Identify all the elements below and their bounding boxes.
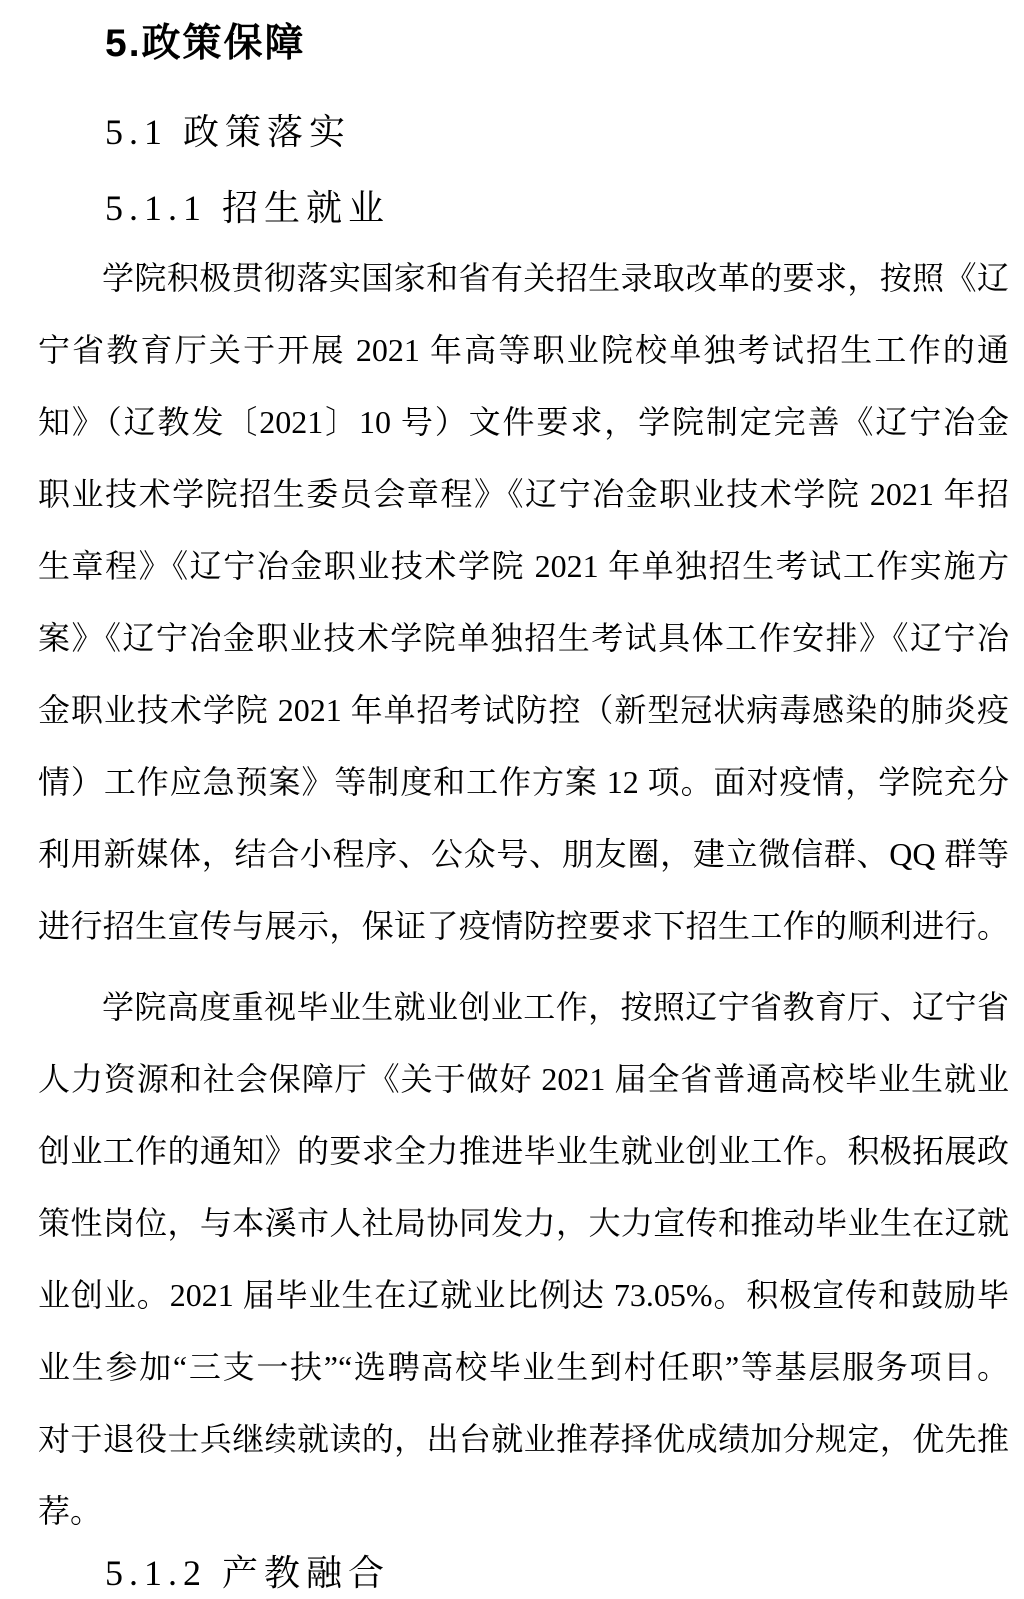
paragraph-line: 职业技术学院招生委员会章程》《辽宁冶金职业技术学院 2021 年招: [38, 458, 1009, 530]
paragraph-line: 宁省教育厅关于开展 2021 年高等职业院校单独考试招生工作的通: [38, 314, 1009, 386]
section-heading-policy-guarantee: 5.政策保障: [105, 19, 1024, 69]
subsubsection-heading-enrollment-employment: 5.1.1 招生就业: [105, 183, 1024, 233]
paragraph-line: 对于退役士兵继续就读的，出台就业推荐择优成绩加分规定，优先推: [38, 1403, 1009, 1475]
paragraph-line: 知》（辽教发〔2021〕10 号）文件要求，学院制定完善《辽宁冶金: [38, 386, 1009, 458]
subsection-heading-policy-implementation: 5.1 政策落实: [105, 107, 1024, 157]
paragraph-line: 进行招生宣传与展示，保证了疫情防控要求下招生工作的顺利进行。: [38, 890, 1009, 962]
document-page: 5.政策保障 5.1 政策落实 5.1.1 招生就业 学院积极贯彻落实国家和省有…: [0, 0, 1024, 1599]
subsubsection-heading-industry-education-integration: 5.1.2 产教融合: [105, 1548, 1024, 1598]
paragraph-enrollment: 学院积极贯彻落实国家和省有关招生录取改革的要求，按照《辽 宁省教育厅关于开展 2…: [38, 242, 1009, 962]
paragraph-line: 利用新媒体，结合小程序、公众号、朋友圈，建立微信群、QQ 群等: [38, 818, 1009, 890]
paragraph-line: 人力资源和社会保障厅《关于做好 2021 届全省普通高校毕业生就业: [38, 1043, 1009, 1115]
paragraph-line: 业生参加“三支一扶”“选聘高校毕业生到村任职”等基层服务项目。: [38, 1331, 1009, 1403]
paragraph-line: 学院积极贯彻落实国家和省有关招生录取改革的要求，按照《辽: [38, 242, 1009, 314]
paragraph-graduate-employment: 学院高度重视毕业生就业创业工作，按照辽宁省教育厅、辽宁省 人力资源和社会保障厅《…: [38, 971, 1009, 1547]
paragraph-line: 策性岗位，与本溪市人社局协同发力，大力宣传和推动毕业生在辽就: [38, 1187, 1009, 1259]
paragraph-line: 金职业技术学院 2021 年单招考试防控（新型冠状病毒感染的肺炎疫: [38, 674, 1009, 746]
paragraph-line: 学院高度重视毕业生就业创业工作，按照辽宁省教育厅、辽宁省: [38, 971, 1009, 1043]
paragraph-line: 情）工作应急预案》等制度和工作方案 12 项。面对疫情，学院充分: [38, 746, 1009, 818]
paragraph-line: 生章程》《辽宁冶金职业技术学院 2021 年单独招生考试工作实施方: [38, 530, 1009, 602]
paragraph-line: 业创业。2021 届毕业生在辽就业比例达 73.05%。积极宣传和鼓励毕: [38, 1259, 1009, 1331]
paragraph-line: 创业工作的通知》的要求全力推进毕业生就业创业工作。积极拓展政: [38, 1115, 1009, 1187]
paragraph-line: 案》《辽宁冶金职业技术学院单独招生考试具体工作安排》《辽宁冶: [38, 602, 1009, 674]
paragraph-line: 荐。: [38, 1475, 1009, 1547]
